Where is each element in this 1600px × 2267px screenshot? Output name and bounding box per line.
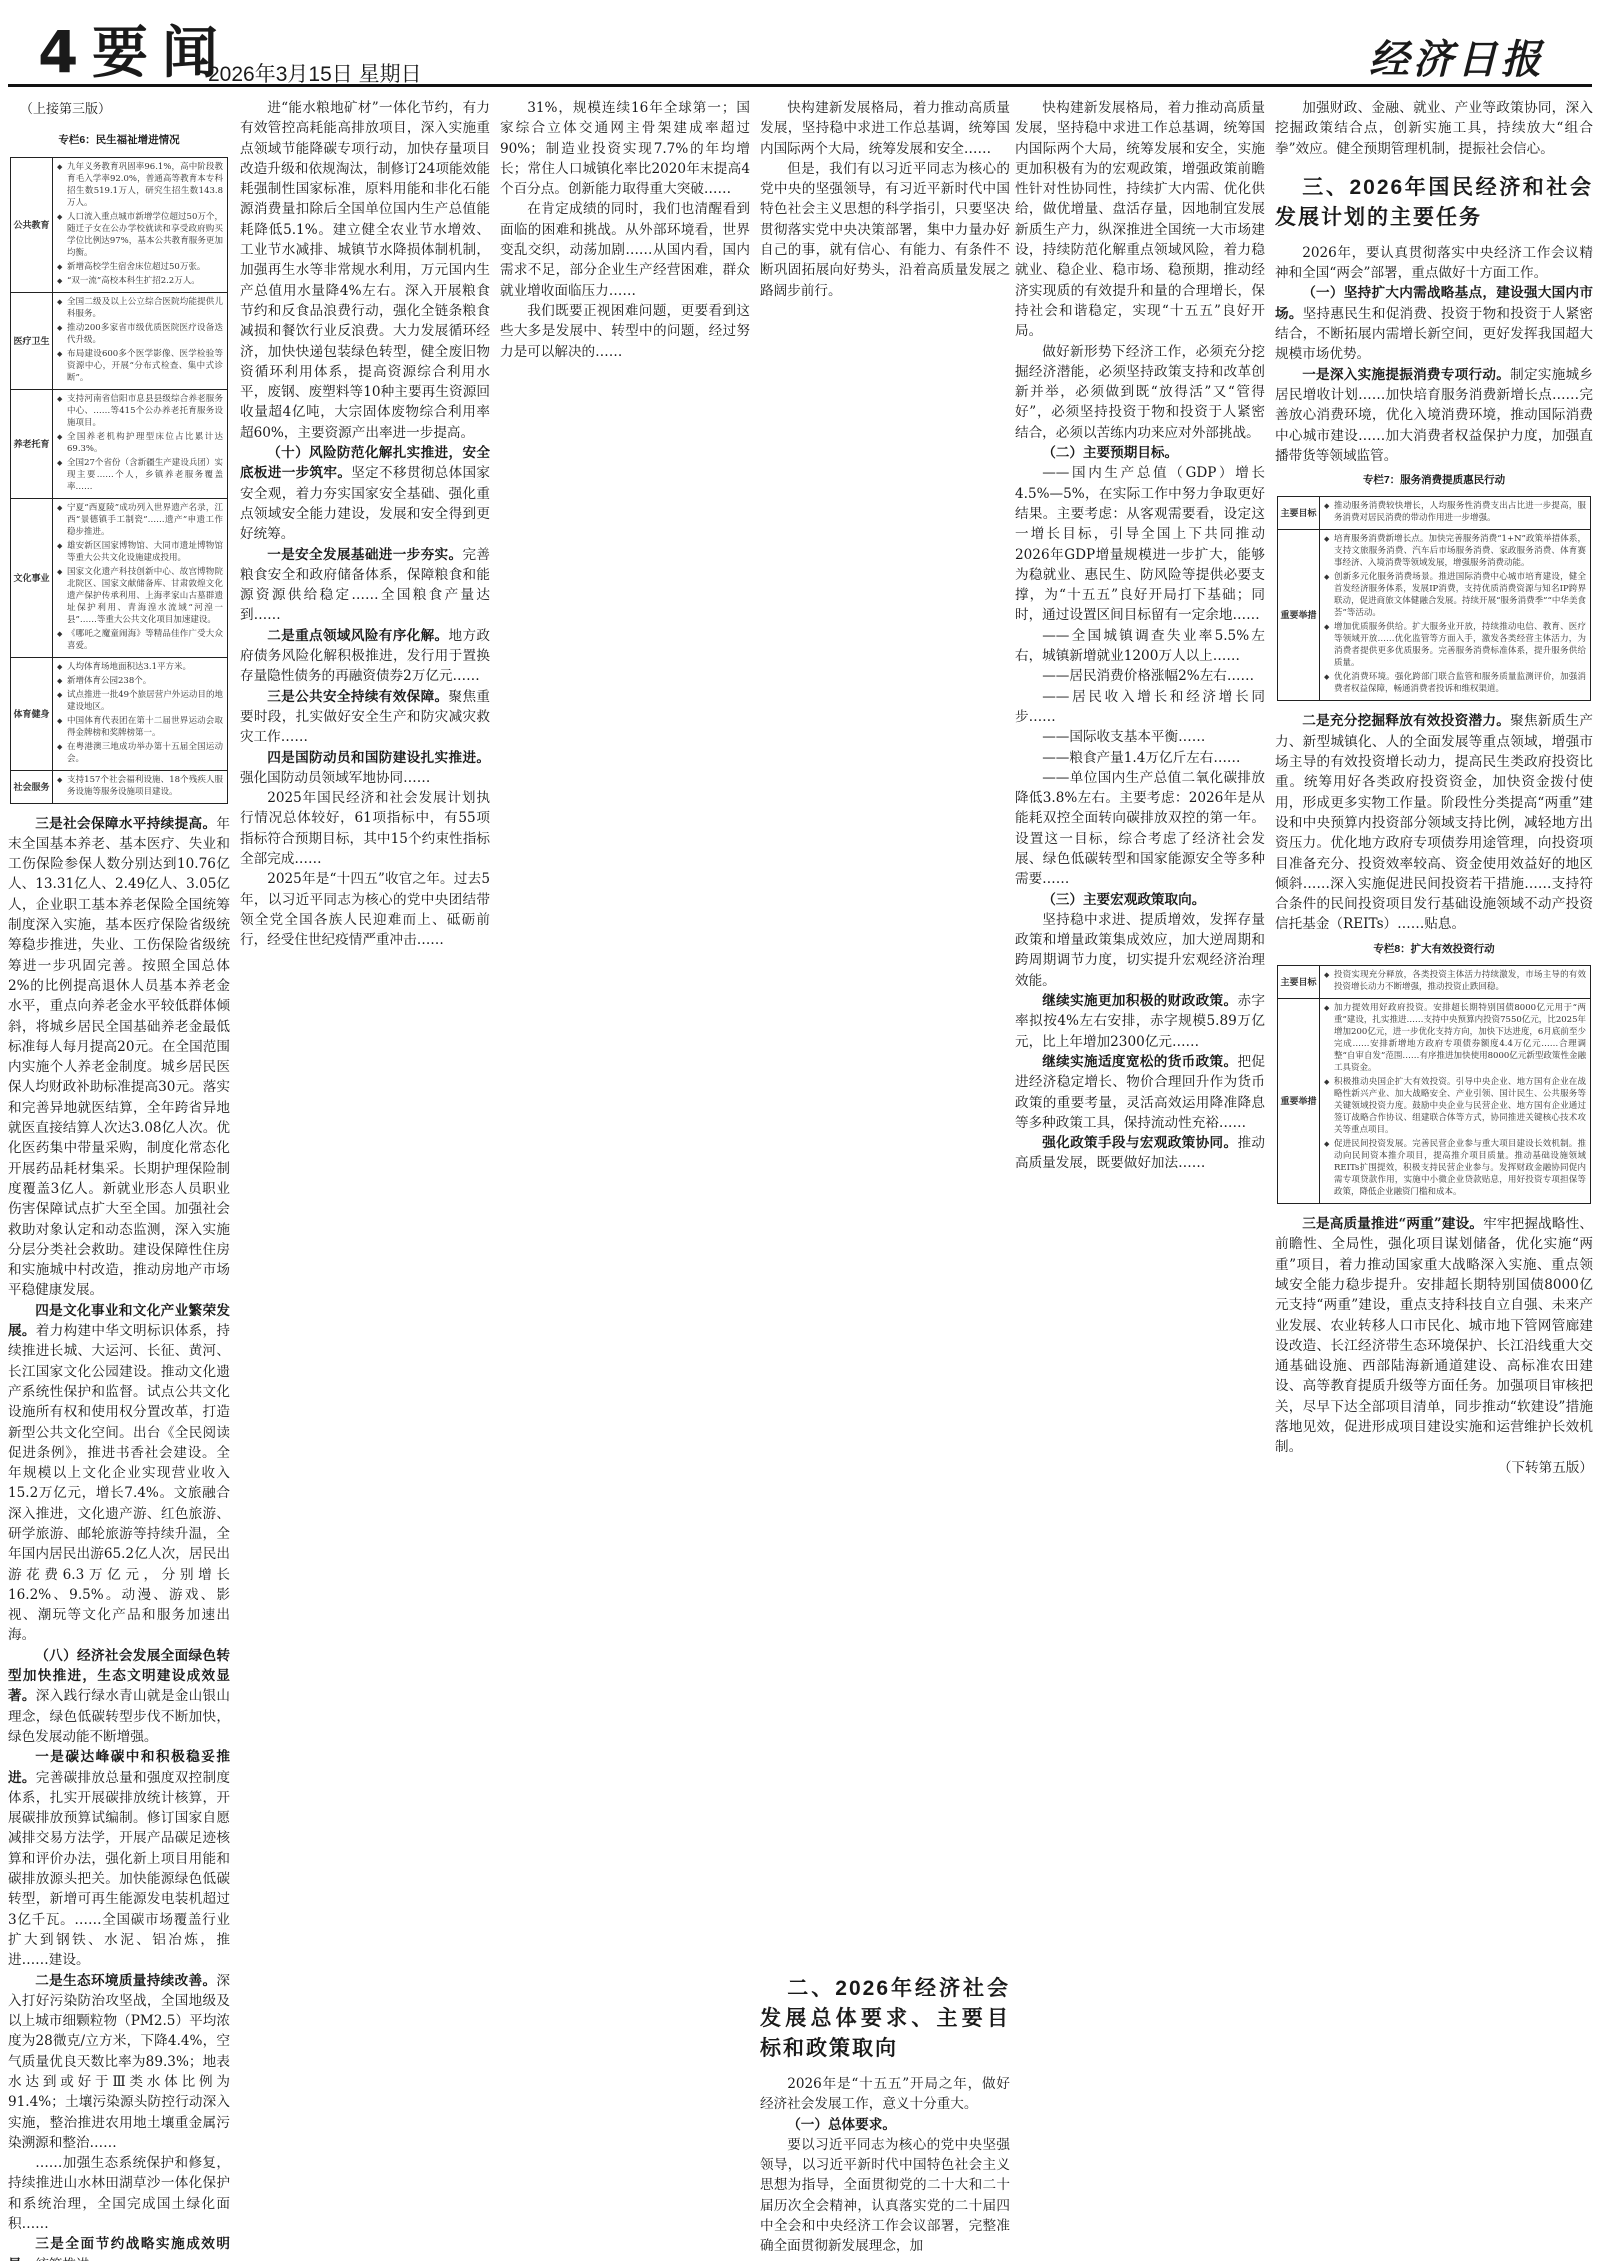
box-row-items: 支持河南省信阳市息县县级综合养老服务中心、……等415个公办养老托育服务设施项目… <box>53 390 227 498</box>
paragraph-lead: （一）总体要求。 <box>787 2117 896 2133</box>
paragraph-lead: 一是深入实施提振消费专项行动。 <box>1302 367 1510 383</box>
box-row: 重要举措加力提效用好政府投资。安排超长期特别国债8000亿元用于“两重”建设，扎… <box>1278 998 1590 1203</box>
paragraph: 加强财政、金融、就业、产业等政策协同，深入挖掘政策结合点，创新实施工具，持续放大… <box>1275 98 1593 159</box>
article-body: 进“能水粮地矿材”一体化节约，有力有效管控高耗能高排放项目，深入实施重点领域节能… <box>240 98 490 950</box>
bullet-item: 创新多元化服务消费场景。推进国际消费中心城市培育建设，健全首发经济服务体系，发展… <box>1324 571 1586 619</box>
bullet-item: 中国体育代表团在第十二届世界运动会取得金牌榜和奖牌榜第一。 <box>57 715 223 739</box>
paragraph-text: ——居民收入增长和经济增长同步…… <box>1015 689 1265 725</box>
paragraph-text: 坚持惠民生和促消费、投资于物和投资于人紧密结合，不断拓展内需增长新空间，更好发挥… <box>1275 306 1593 363</box>
page-number: 4 <box>38 22 78 82</box>
paragraph-text: ——粮食产量1.4万亿斤左右…… <box>1042 750 1240 766</box>
article-body: 2026年是“十五五”开局之年，做好经济社会发展工作，意义十分重大。（一）总体要… <box>760 2074 1010 2257</box>
box-row-key: 体育健身 <box>11 658 53 770</box>
paragraph-text: ——单位国内生产总值二氧化碳排放降低3.8%左右。主要考虑：2026年是从能耗双… <box>1015 770 1265 887</box>
box-7: 专栏7：服务消费提质惠民行动 主要目标推动服务消费较快增长，人均服务性消费支出占… <box>1275 470 1593 701</box>
box-row-key: 重要举措 <box>1278 530 1320 700</box>
paragraph: （一）坚持扩大内需战略基点，建设强大国内市场。坚持惠民生和促消费、投资于物和投资… <box>1275 283 1593 364</box>
paragraph-lead: （二）主要预期目标。 <box>1042 445 1178 461</box>
paragraph-text: ——国内生产总值（GDP）增长4.5%—5%，在实际工作中努力争取更好结果。主要… <box>1015 465 1265 623</box>
box-row-items: 全国二级及以上公立综合医院均能提供儿科服务。推动200多家省市级优质医院医疗设备… <box>53 293 227 389</box>
box-table: 主要目标推动服务消费较快增长，人均服务性消费支出占比进一步提高，服务消费对居民消… <box>1277 496 1591 701</box>
paragraph: ——国内生产总值（GDP）增长4.5%—5%，在实际工作中努力争取更好结果。主要… <box>1015 463 1265 625</box>
paragraph-text: 快构建新发展格局，着力推动高质量发展，坚持稳中求进工作总基调，统筹国内国际两个大… <box>1015 100 1265 339</box>
paragraph: ——居民收入增长和经济增长同步…… <box>1015 687 1265 728</box>
article-body: 快构建新发展格局，着力推动高质量发展，坚持稳中求进工作总基调，统筹国内国际两个大… <box>760 98 1010 301</box>
paragraph: 二是重点领域风险有序化解。地方政府债务风险化解积极推进，发行用于置换存量隐性债务… <box>240 626 490 687</box>
bullet-item: 推动服务消费较快增长，人均服务性消费支出占比进一步提高，服务消费对居民消费的带动… <box>1324 500 1586 524</box>
article-body: 二是充分挖掘释放有效投资潜力。聚焦新质生产力、新型城镇化、人的全面发展等重点领域… <box>1275 711 1593 934</box>
paragraph: 三是全面节约战略实施成效明显。统筹推进…… <box>8 2234 230 2261</box>
column-4-bottom: 二、2026年经济社会发展总体要求、主要目标和政策取向 2026年是“十五五”开… <box>760 1960 1010 2260</box>
box-6: 专栏6：民生福祉增进情况 公共教育九年义务教育巩固率96.1%，高中阶段教育毛入… <box>8 130 230 803</box>
bullet-item: 优化消费环境。强化跨部门联合监管和服务质量监测评价，加强消费者权益保障，畅通消费… <box>1324 671 1586 695</box>
bullet-item: 全国二级及以上公立综合医院均能提供儿科服务。 <box>57 296 223 320</box>
column-6: 加强财政、金融、就业、产业等政策协同，深入挖掘政策结合点，创新实施工具，持续放大… <box>1275 98 1593 2261</box>
bullet-item: 促进民间投资发展。完善民营企业参与重大项目建设长效机制。推动向民间资本推介项目，… <box>1324 1138 1586 1198</box>
paragraph-lead: 继续实施更加积极的财政政策。 <box>1042 993 1237 1009</box>
paragraph: 进“能水粮地矿材”一体化节约，有力有效管控高耗能高排放项目，深入实施重点领域节能… <box>240 98 490 443</box>
heading-section-2: 二、2026年经济社会发展总体要求、主要目标和政策取向 <box>760 1974 1010 2064</box>
paragraph-text: ——全国城镇调查失业率5.5%左右，城镇新增就业1200万人以上…… <box>1015 628 1265 664</box>
article-body: 2026年，要认真贯彻落实中央经济工作会议精神和全国“两会”部署，重点做好十方面… <box>1275 243 1593 466</box>
paper-logo: 经济日报 <box>1369 28 1545 85</box>
box-row: 主要目标投资实现充分释放，各类投资主体活力持续激发，市场主导的有效投资增长动力不… <box>1278 966 1590 998</box>
bullet-item: 全国养老机构护理型床位占比累计达69.3%。 <box>57 431 223 455</box>
bullet-item: 支持河南省信阳市息县县级综合养老服务中心、……等415个公办养老托育服务设施项目… <box>57 393 223 429</box>
paragraph-text: 在肯定成绩的同时，我们也清醒看到面临的困难和挑战。从外部环境看，世界变乱交织，动… <box>500 201 750 298</box>
paragraph: 2025年国民经济和社会发展计划执行情况总体较好，61项指标中，有55项指标符合… <box>240 788 490 869</box>
article-body: 三是社会保障水平持续提高。年末全国基本养老、基本医疗、失业和工伤保险参保人数分别… <box>8 814 230 2261</box>
bullet-item: 人口流入重点城市新增学位超过50万个，随迁子女在公办学校就读和享受政府购买学位比… <box>57 211 223 259</box>
box-row: 重要举措培育服务消费新增长点。加快完善服务消费“1+N”政策举措体系，支持文旅服… <box>1278 529 1590 700</box>
bullet-item: 投资实现充分释放，各类投资主体活力持续激发，市场主导的有效投资增长动力不断增强，… <box>1324 969 1586 993</box>
bullet-item: 增加优质服务供给。扩大服务业开放，持续推动电信、教育、医疗等领域开放……优化监管… <box>1324 621 1586 669</box>
bullet-item: 积极推动央国企扩大有效投资。引导中央企业、地方国有企业在战略性新兴产业、加大战略… <box>1324 1076 1586 1136</box>
bullet-item: 国家文化遗产科技创新中心、故宫博物院北院区、国家文献储备库、甘肃敦煌文化遗产保护… <box>57 566 223 626</box>
paragraph-text: 坚持稳中求进、提质增效，发挥存量政策和增量政策集成效应，加大逆周期和跨周期调节力… <box>1015 912 1265 989</box>
continued-to-note: （下转第五版） <box>1275 1458 1593 1478</box>
paragraph: 但是，我们有以习近平同志为核心的党中央的坚强领导，有习近平新时代中国特色社会主义… <box>760 159 1010 301</box>
column-1: （上接第三版） 专栏6：民生福祉增进情况 公共教育九年义务教育巩固率96.1%，… <box>8 98 230 2261</box>
paragraph-lead: 三是高质量推进“两重”建设。 <box>1302 1216 1483 1232</box>
paragraph: 一是安全发展基础进一步夯实。完善粮食安全和政府储备体系，保障粮食和能源资源供给稳… <box>240 545 490 626</box>
paragraph: 要以习近平同志为核心的党中央坚强领导，以习近平新时代中国特色社会主义思想为指导，… <box>760 2135 1010 2257</box>
paragraph: ——国际收支基本平衡…… <box>1015 727 1265 747</box>
paragraph-text: 2025年是“十四五”收官之年。过去5年，以习近平同志为核心的党中央团结带领全党… <box>240 871 490 948</box>
box-row-key: 社会服务 <box>11 771 53 803</box>
paragraph: 快构建新发展格局，着力推动高质量发展，坚持稳中求进工作总基调，统筹国内国际两个大… <box>760 98 1010 159</box>
paragraph-text: 我们既要正视困难问题，更要看到这些大多是发展中、转型中的问题，经过努力是可以解决… <box>500 303 750 360</box>
paragraph: 一是深入实施提振消费专项行动。制定实施城乡居民增收计划……加快培育服务消费新增长… <box>1275 365 1593 466</box>
paragraph-text: 2026年，要认真贯彻落实中央经济工作会议精神和全国“两会”部署，重点做好十方面… <box>1275 245 1593 281</box>
box-row: 社会服务支持157个社会福利设施、18个残疾人服务设施等服务设施项目建设。 <box>11 770 227 803</box>
paragraph-text: 2025年国民经济和社会发展计划执行情况总体较好，61项指标中，有55项指标符合… <box>240 790 490 867</box>
paragraph-lead: 四是国防动员和国防建设扎实推进。 <box>267 750 490 766</box>
paragraph: ——全国城镇调查失业率5.5%左右，城镇新增就业1200万人以上…… <box>1015 626 1265 667</box>
box-row-items: 推动服务消费较快增长，人均服务性消费支出占比进一步提高，服务消费对居民消费的带动… <box>1320 497 1590 529</box>
paragraph-text: 深入打好污染防治攻坚战，全国地级及以上城市细颗粒物（PM2.5）平均浓度为28微… <box>8 1973 230 2151</box>
paragraph: 坚持稳中求进、提质增效，发挥存量政策和增量政策集成效应，加大逆周期和跨周期调节力… <box>1015 910 1265 991</box>
paragraph: （八）经济社会发展全面绿色转型加快推进，生态文明建设成效显著。深入践行绿水青山就… <box>8 1646 230 1747</box>
paragraph: 2026年是“十五五”开局之年，做好经济社会发展工作，意义十分重大。 <box>760 2074 1010 2115</box>
paragraph-text: 强化国防动员领域军地协同…… <box>240 770 430 786</box>
paragraph: 三是公共安全持续有效保障。聚焦重要时段，扎实做好安全生产和防灾减灾救灾工作…… <box>240 687 490 748</box>
paragraph-lead: 三是公共安全持续有效保障。 <box>267 689 448 705</box>
bullet-item: 宁夏“西夏陵”成功列入世界遗产名录，江西“景德镇手工制瓷”……遗产”申遗工作稳步… <box>57 502 223 538</box>
bullet-item: 布局建设600多个医学影像、医学检验等资源中心，开展“分布式检查、集中式诊断”。 <box>57 348 223 384</box>
bullet-item: 推动200多家省市级优质医院医疗设备迭代升级。 <box>57 322 223 346</box>
paragraph: ——粮食产量1.4万亿斤左右…… <box>1015 748 1265 768</box>
column-5: 快构建新发展格局，着力推动高质量发展，坚持稳中求进工作总基调，统筹国内国际两个大… <box>1015 98 1265 2261</box>
paragraph: （十）风险防范化解扎实推进，安全底板进一步筑牢。坚定不移贯彻总体国家安全观，着力… <box>240 443 490 544</box>
paragraph: 2026年，要认真贯彻落实中央经济工作会议精神和全国“两会”部署，重点做好十方面… <box>1275 243 1593 284</box>
paragraph: （二）主要预期目标。 <box>1015 443 1265 463</box>
column-2: 进“能水粮地矿材”一体化节约，有力有效管控高耗能高排放项目，深入实施重点领域节能… <box>240 98 490 2261</box>
paragraph-text: 进“能水粮地矿材”一体化节约，有力有效管控高耗能高排放项目，深入实施重点领域节能… <box>240 100 490 441</box>
paragraph: 二是充分挖掘释放有效投资潜力。聚焦新质生产力、新型城镇化、人的全面发展等重点领域… <box>1275 711 1593 934</box>
box-row-key: 养老托育 <box>11 390 53 498</box>
paragraph: （一）总体要求。 <box>760 2115 1010 2135</box>
paragraph: 一是碳达峰碳中和积极稳妥推进。完善碳排放总量和强度双控制度体系，扎实开展碳排放统… <box>8 1747 230 1970</box>
bullet-item: 支持157个社会福利设施、18个残疾人服务设施等服务设施项目建设。 <box>57 774 223 798</box>
bullet-item: 培育服务消费新增长点。加快完善服务消费“1+N”政策举措体系，支持文旅服务消费、… <box>1324 533 1586 569</box>
paragraph: 我们既要正视困难问题，更要看到这些大多是发展中、转型中的问题，经过努力是可以解决… <box>500 301 750 362</box>
box-row-key: 重要举措 <box>1278 999 1320 1203</box>
paragraph-text: ——国际收支基本平衡…… <box>1042 729 1205 745</box>
bullet-item: 九年义务教育巩固率96.1%，高中阶段教育毛入学率92.0%，普通高等教育本专科… <box>57 161 223 209</box>
bullet-item: 加力提效用好政府投资。安排超长期特别国债8000亿元用于“两重”建设，扎实推进…… <box>1324 1002 1586 1074</box>
paragraph: 在肯定成绩的同时，我们也清醒看到面临的困难和挑战。从外部环境看，世界变乱交织，动… <box>500 199 750 300</box>
paragraph-lead: 三是社会保障水平持续提高。 <box>35 816 216 832</box>
box-row: 体育健身人均体育场地面积达3.1平方米。新增体育公园238个。试点推进一批49个… <box>11 657 227 770</box>
bullet-item: 试点推进一批49个旅居营户外运动目的地建设地区。 <box>57 689 223 713</box>
paragraph-text: 牢牢把握战略性、前瞻性、全局性，强化项目谋划储备，优化实施“两重”项目，着力推动… <box>1275 1216 1593 1455</box>
masthead-rule <box>8 84 1592 87</box>
paragraph-text: ——居民消费价格涨幅2%左右…… <box>1042 668 1254 684</box>
bullet-item: 人均体育场地面积达3.1平方米。 <box>57 661 223 673</box>
paragraph-lead: 一是安全发展基础进一步夯实。 <box>267 547 462 563</box>
bullet-item: 新增高校学生宿舍床位超过50万张。 <box>57 261 223 273</box>
bullet-item: 新增体育公园238个。 <box>57 675 223 687</box>
paragraph: 四是文化事业和文化产业繁荣发展。着力构建中华文明标识体系，持续推进长城、大运河、… <box>8 1301 230 1646</box>
box-title: 专栏7：服务消费提质惠民行动 <box>1275 470 1593 490</box>
paragraph-lead: 强化政策手段与宏观政策协同。 <box>1042 1135 1237 1151</box>
column-4: 快构建新发展格局，着力推动高质量发展，坚持稳中求进工作总基调，统筹国内国际两个大… <box>760 98 1010 1960</box>
paragraph: 31%，规模连续16年全球第一；国家综合立体交通网主骨架建成率超过90%；制造业… <box>500 98 750 199</box>
paragraph: 三是高质量推进“两重”建设。牢牢把握战略性、前瞻性、全局性，强化项目谋划储备，优… <box>1275 1214 1593 1458</box>
paragraph: ……加强生态系统保护和修复，持续推进山水林田湖草沙一体化保护和系统治理，全国完成… <box>8 2153 230 2234</box>
paragraph-text: 统筹推进…… <box>35 2257 117 2261</box>
paragraph-text: ……加强生态系统保护和修复，持续推进山水林田湖草沙一体化保护和系统治理，全国完成… <box>8 2155 230 2232</box>
paragraph-text: 聚焦新质生产力、新型城镇化、人的全面发展等重点领域，增强市场主导的有效投资增长动… <box>1275 713 1593 932</box>
paragraph: （三）主要宏观政策取向。 <box>1015 890 1265 910</box>
bullet-item: 全国27个省份（含新疆生产建设兵团）实现主要……个人，乡镇养老服务覆盖率…… <box>57 457 223 493</box>
box-row-items: 宁夏“西夏陵”成功列入世界遗产名录，江西“景德镇手工制瓷”……遗产”申遗工作稳步… <box>53 499 227 657</box>
paragraph: 快构建新发展格局，着力推动高质量发展，坚持稳中求进工作总基调，统筹国内国际两个大… <box>1015 98 1265 342</box>
box-row-items: 加力提效用好政府投资。安排超长期特别国债8000亿元用于“两重”建设，扎实推进…… <box>1320 999 1590 1203</box>
box-row-items: 支持157个社会福利设施、18个残疾人服务设施等服务设施项目建设。 <box>53 771 227 803</box>
paragraph-text: 年末全国基本养老、基本医疗、失业和工伤保险参保人数分别达到10.76亿人、13.… <box>8 816 230 1299</box>
box-title: 专栏8：扩大有效投资行动 <box>1275 939 1593 959</box>
bullet-item: 《哪吒之魔童闹海》等精品佳作广受大众喜爱。 <box>57 628 223 652</box>
paragraph-text: 快构建新发展格局，着力推动高质量发展，坚持稳中求进工作总基调，统筹国内国际两个大… <box>760 100 1010 157</box>
paragraph: ——单位国内生产总值二氧化碳排放降低3.8%左右。主要考虑：2026年是从能耗双… <box>1015 768 1265 890</box>
continued-from-note: （上接第三版） <box>20 100 230 120</box>
paragraph: 做好新形势下经济工作，必须充分挖掘经济潜能，必须坚持政策支持和改革创新并举，必须… <box>1015 342 1265 443</box>
box-table: 公共教育九年义务教育巩固率96.1%，高中阶段教育毛入学率92.0%，普通高等教… <box>10 157 228 804</box>
paragraph: 继续实施更加积极的财政政策。赤字率拟按4%左右安排，赤字规模5.89万亿元，比上… <box>1015 991 1265 1052</box>
box-row: 公共教育九年义务教育巩固率96.1%，高中阶段教育毛入学率92.0%，普通高等教… <box>11 158 227 292</box>
paragraph-text: 深入践行绿水青山就是金山银山理念，绿色低碳转型步伐不断加快，绿色发展动能不断增强… <box>8 1688 230 1745</box>
box-title: 专栏6：民生福祉增进情况 <box>8 130 230 150</box>
box-row-key: 文化事业 <box>11 499 53 657</box>
bullet-item: “双一流”高校本科生扩招2.2万人。 <box>57 275 223 287</box>
paragraph: ——居民消费价格涨幅2%左右…… <box>1015 666 1265 686</box>
box-row-items: 投资实现充分释放，各类投资主体活力持续激发，市场主导的有效投资增长动力不断增强，… <box>1320 966 1590 998</box>
masthead: 4 要闻 2026年3月15日 星期日 经济日报 <box>0 0 1600 86</box>
paragraph-text: 做好新形势下经济工作，必须充分挖掘经济潜能，必须坚持政策支持和改革创新并举，必须… <box>1015 344 1265 441</box>
article-body: 三是高质量推进“两重”建设。牢牢把握战略性、前瞻性、全局性，强化项目谋划储备，优… <box>1275 1214 1593 1458</box>
article-body: 31%，规模连续16年全球第一；国家综合立体交通网主骨架建成率超过90%；制造业… <box>500 98 750 362</box>
paragraph: 2025年是“十四五”收官之年。过去5年，以习近平同志为核心的党中央团结带领全党… <box>240 869 490 950</box>
paragraph: 强化政策手段与宏观政策协同。推动高质量发展，既要做好加法…… <box>1015 1133 1265 1174</box>
paragraph: 四是国防动员和国防建设扎实推进。强化国防动员领域军地协同…… <box>240 748 490 789</box>
paragraph-lead: 二是生态环境质量持续改善。 <box>35 1973 216 1989</box>
box-row: 医疗卫生全国二级及以上公立综合医院均能提供儿科服务。推动200多家省市级优质医院… <box>11 292 227 389</box>
box-row-key: 公共教育 <box>11 158 53 292</box>
box-row-items: 培育服务消费新增长点。加快完善服务消费“1+N”政策举措体系，支持文旅服务消费、… <box>1320 530 1590 700</box>
paragraph-text: 加强财政、金融、就业、产业等政策协同，深入挖掘政策结合点，创新实施工具，持续放大… <box>1275 100 1593 157</box>
paragraph-text: 31%，规模连续16年全球第一；国家综合立体交通网主骨架建成率超过90%；制造业… <box>500 100 750 197</box>
box-row: 文化事业宁夏“西夏陵”成功列入世界遗产名录，江西“景德镇手工制瓷”……遗产”申遗… <box>11 498 227 657</box>
paragraph-lead: 二是重点领域风险有序化解。 <box>267 628 448 644</box>
paragraph-text: 2026年是“十五五”开局之年，做好经济社会发展工作，意义十分重大。 <box>760 2076 1010 2112</box>
bullet-item: 在粤港澳三地成功举办第十五届全国运动会。 <box>57 741 223 765</box>
paragraph-lead: 二是充分挖掘释放有效投资潜力。 <box>1302 713 1510 729</box>
column-3: 31%，规模连续16年全球第一；国家综合立体交通网主骨架建成率超过90%；制造业… <box>500 98 750 2261</box>
paragraph: 三是社会保障水平持续提高。年末全国基本养老、基本医疗、失业和工伤保险参保人数分别… <box>8 814 230 1301</box>
heading-section-3: 三、2026年国民经济和社会发展计划的主要任务 <box>1275 173 1593 233</box>
paragraph-text: 完善碳排放总量和强度双控制度体系，扎实开展碳排放统计核算，开展碳排放预算试编制。… <box>8 1770 230 1969</box>
box-row-key: 医疗卫生 <box>11 293 53 389</box>
box-row-key: 主要目标 <box>1278 497 1320 529</box>
box-8: 专栏8：扩大有效投资行动 主要目标投资实现充分释放，各类投资主体活力持续激发，市… <box>1275 939 1593 1204</box>
paragraph-text: 要以习近平同志为核心的党中央坚强领导，以习近平新时代中国特色社会主义思想为指导，… <box>760 2137 1010 2254</box>
bullet-item: 雄安新区国家博物馆、大同市遗址博物馆等重大公共文化设施建成投用。 <box>57 540 223 564</box>
box-row-items: 人均体育场地面积达3.1平方米。新增体育公园238个。试点推进一批49个旅居营户… <box>53 658 227 770</box>
article-body: 快构建新发展格局，着力推动高质量发展，坚持稳中求进工作总基调，统筹国内国际两个大… <box>1015 98 1265 1174</box>
box-row-key: 主要目标 <box>1278 966 1320 998</box>
paragraph-lead: 继续实施适度宽松的货币政策。 <box>1042 1054 1237 1070</box>
box-row-items: 九年义务教育巩固率96.1%，高中阶段教育毛入学率92.0%，普通高等教育本专科… <box>53 158 227 292</box>
box-row: 养老托育支持河南省信阳市息县县级综合养老服务中心、……等415个公办养老托育服务… <box>11 389 227 498</box>
paragraph-text: 着力构建中华文明标识体系，持续推进长城、大运河、长征、黄河、长江国家文化公园建设… <box>8 1323 230 1643</box>
paragraph: 继续实施适度宽松的货币政策。把促进经济稳定增长、物价合理回升作为货币政策的重要考… <box>1015 1052 1265 1133</box>
box-table: 主要目标投资实现充分释放，各类投资主体活力持续激发，市场主导的有效投资增长动力不… <box>1277 965 1591 1204</box>
article-body: 加强财政、金融、就业、产业等政策协同，深入挖掘政策结合点，创新实施工具，持续放大… <box>1275 98 1593 159</box>
box-row: 主要目标推动服务消费较快增长，人均服务性消费支出占比进一步提高，服务消费对居民消… <box>1278 497 1590 529</box>
paragraph: 二是生态环境质量持续改善。深入打好污染防治攻坚战，全国地级及以上城市细颗粒物（P… <box>8 1971 230 2154</box>
paragraph-text: 但是，我们有以习近平同志为核心的党中央的坚强领导，有习近平新时代中国特色社会主义… <box>760 161 1010 299</box>
paragraph-lead: （三）主要宏观政策取向。 <box>1042 892 1205 908</box>
